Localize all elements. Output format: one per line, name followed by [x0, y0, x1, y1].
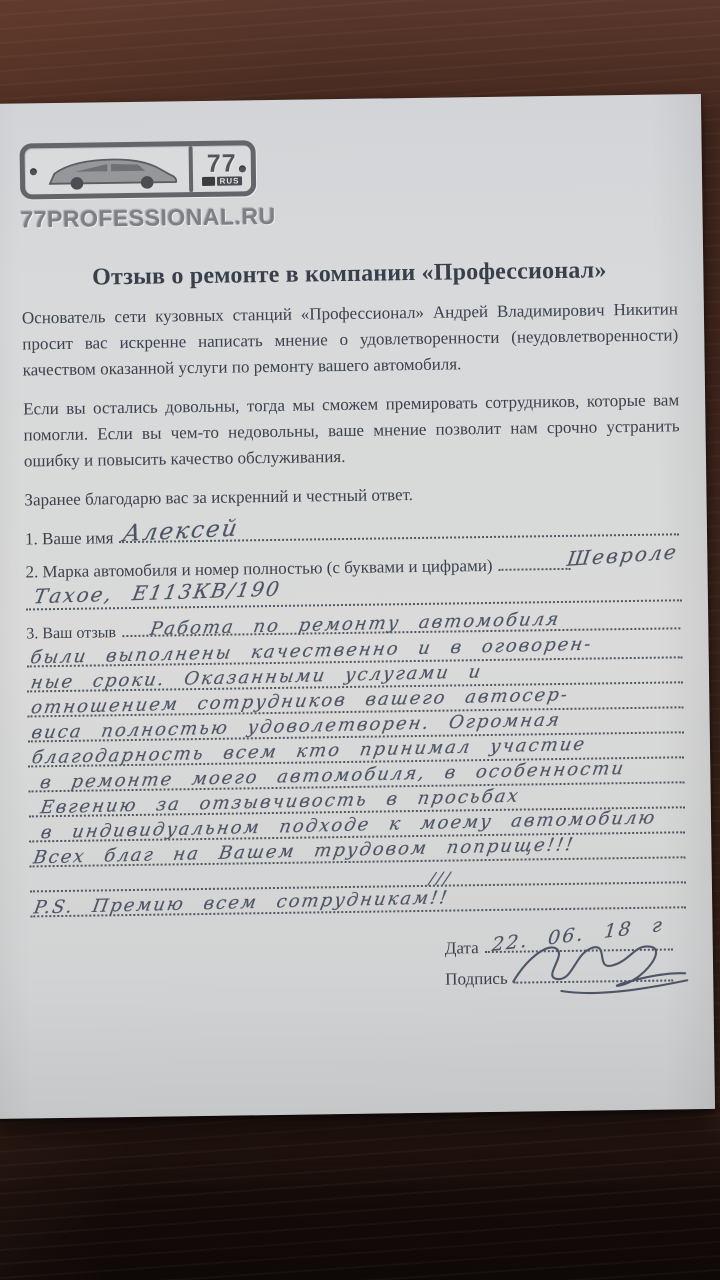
company-logo: 77 RUS 77PROFESSIONAL.RU: [20, 140, 259, 233]
handwritten-car-plate: Тахое, Е113КВ/190: [32, 577, 283, 609]
flag-icon: [202, 177, 215, 186]
car-silhouette: [25, 146, 190, 194]
site-url: 77PROFESSIONAL.RU: [20, 203, 258, 233]
intro-paragraph-1: Основатель сети кузовных станций «Профес…: [22, 296, 679, 383]
car-icon: [43, 152, 181, 190]
rus-flag-chip: RUS: [202, 176, 243, 186]
dotted-answer-line: [513, 961, 673, 983]
intro-paragraph-3: Заранее благодарю вас за искренний и чес…: [24, 478, 680, 513]
footer-block: Дата 22. 06. 18 г Подпись: [445, 930, 676, 989]
plate-number: 77: [207, 151, 237, 175]
handwritten-review-text: ///: [428, 868, 453, 888]
name-field: 1. Ваше имя Алексей: [25, 515, 681, 549]
plate-region-label: RUS: [217, 176, 243, 185]
screw-dot-icon: [239, 165, 246, 172]
dotted-answer-line: [498, 550, 570, 571]
license-plate-logo: 77 RUS: [20, 140, 257, 199]
date-label: Дата: [445, 938, 479, 958]
name-field-label: 1. Ваше имя: [25, 528, 114, 549]
signature-field: Подпись: [445, 961, 675, 989]
feedback-form-paper: 77 RUS 77PROFESSIONAL.RU Отзыв о ремонте…: [0, 94, 715, 1119]
form-title: Отзыв о ремонте в компании «Профессионал…: [21, 256, 677, 292]
handwritten-review-text: P.S. Премию всем сотрудникам!!: [32, 887, 450, 918]
review-section: 3. Ваш отзыв Работа по ремонту автомобил…: [26, 607, 686, 917]
signature-label: Подпись: [445, 969, 508, 990]
screw-dot-icon: [30, 168, 37, 175]
handwritten-name: Алексей: [121, 515, 241, 547]
form-content: 77 RUS 77PROFESSIONAL.RU Отзыв о ремонте…: [0, 94, 715, 1119]
date-field: Дата 22. 06. 18 г: [445, 930, 675, 958]
handwritten-car-make: Шевроле: [566, 540, 680, 571]
intro-paragraph-2: Если вы остались довольны, тогда мы смож…: [23, 387, 680, 474]
